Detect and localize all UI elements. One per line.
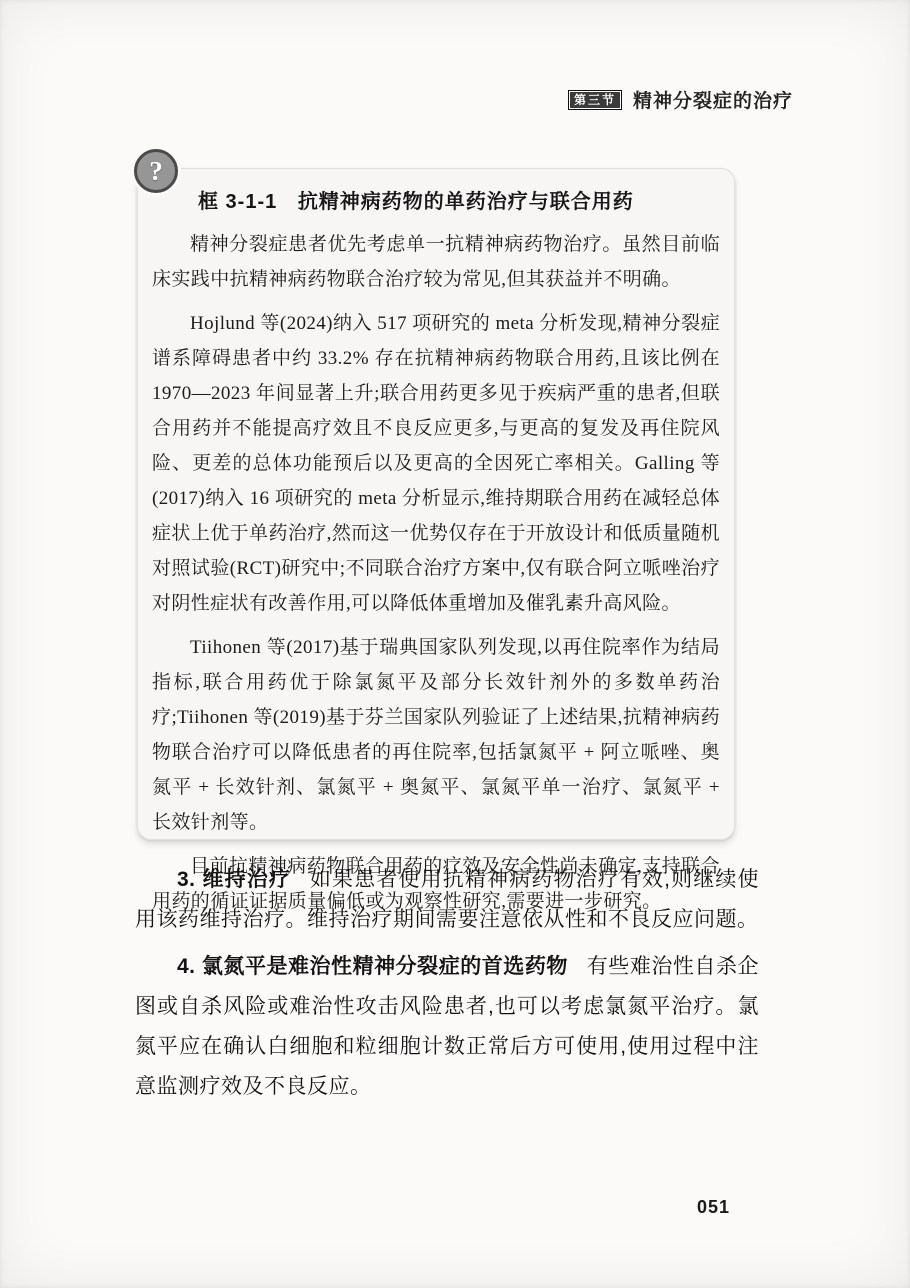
section-clozapine: 4. 氯氮平是难治性精神分裂症的首选药物有些难治性自杀企图或自杀风险或难治性攻击…	[135, 947, 759, 1107]
box-title-text: 抗精神病药物的单药治疗与联合用药	[298, 191, 634, 213]
question-mark-glyph: ?	[149, 158, 163, 185]
box-title-label: 框 3-1-1	[198, 191, 277, 213]
box-paragraph: Hojlund 等(2024)纳入 517 项研究的 meta 分析发现,精神分…	[152, 306, 720, 621]
book-page: 第三节 精神分裂症的治疗 ? 框 3-1-1 抗精神病药物的单药治疗与联合用药 …	[0, 0, 910, 1288]
box-paragraph: 精神分裂症患者优先考虑单一抗精神病药物治疗。虽然目前临床实践中抗精神病药物联合治…	[152, 227, 720, 297]
page-header: 第三节 精神分裂症的治疗	[568, 86, 793, 113]
box-title: 框 3-1-1 抗精神病药物的单药治疗与联合用药	[152, 185, 720, 214]
section-lead: 3. 维持治疗	[177, 868, 291, 891]
section-maintenance-treatment: 3. 维持治疗如果患者使用抗精神病药物治疗有效,则继续使用该药维持治疗。维持治疗…	[135, 860, 759, 940]
section-badge: 第三节	[568, 90, 622, 110]
body-text: 3. 维持治疗如果患者使用抗精神病药物治疗有效,则继续使用该药维持治疗。维持治疗…	[135, 860, 759, 1114]
page-number: 051	[697, 1197, 730, 1218]
question-mark-icon: ?	[134, 149, 178, 193]
section-title: 精神分裂症的治疗	[633, 86, 793, 113]
section-lead: 4. 氯氮平是难治性精神分裂症的首选药物	[177, 955, 568, 978]
info-box: ? 框 3-1-1 抗精神病药物的单药治疗与联合用药 精神分裂症患者优先考虑单一…	[137, 168, 735, 840]
box-paragraph: Tiihonen 等(2017)基于瑞典国家队列发现,以再住院率作为结局指标,联…	[152, 630, 720, 840]
